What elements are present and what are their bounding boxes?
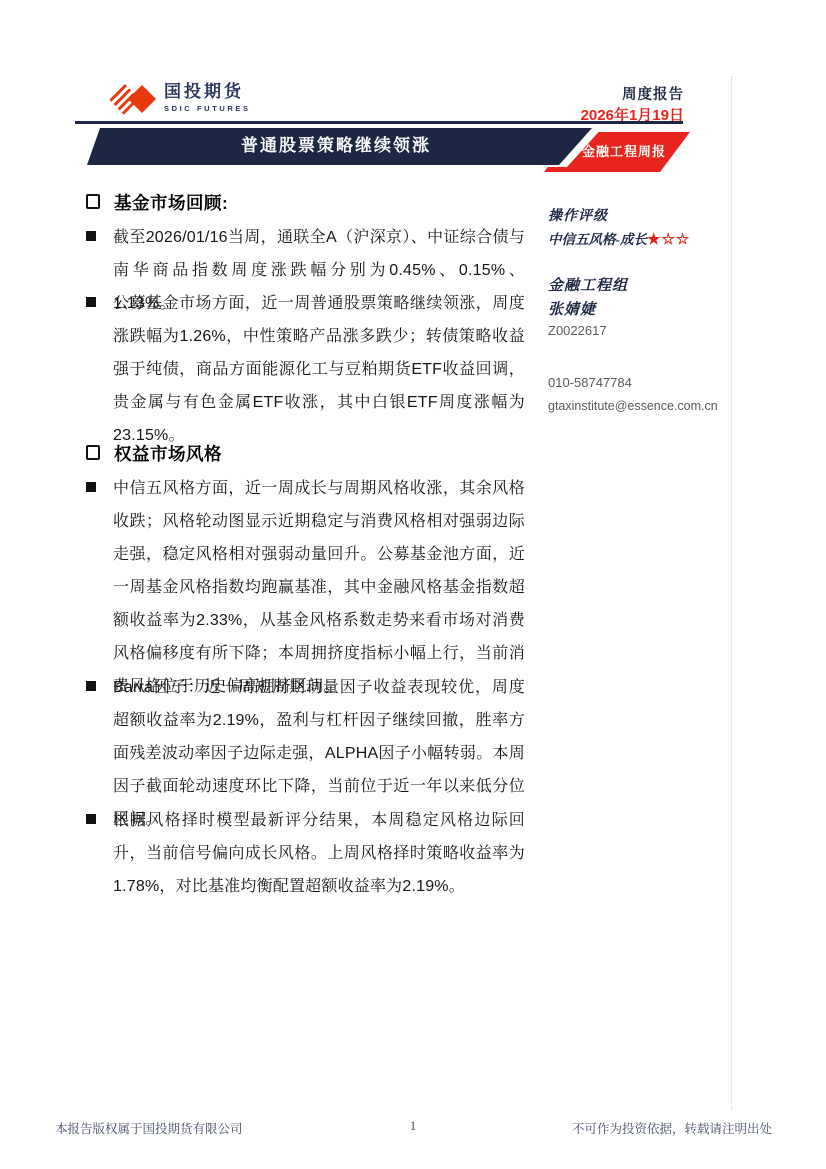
square-bullet-icon (86, 231, 96, 241)
hollow-square-bullet-icon (86, 445, 100, 460)
sidebar-dotted-divider (731, 76, 732, 1110)
rating-stars-icon: ★☆☆ (647, 232, 690, 248)
company-logo: 国投期货 SDIC FUTURES (110, 82, 251, 116)
bullet-item: 公募基金市场方面，近一周普通股票策略继续领涨，周度涨跌幅为1.26%，中性策略产… (85, 287, 525, 452)
contact-phone: 010-58747784 (548, 375, 632, 390)
square-bullet-icon (86, 297, 96, 307)
analyst-id: Z0022617 (548, 323, 607, 338)
bullet-item: 中信五风格方面，近一周成长与周期风格收涨，其余风格收跌；风格轮动图显示近期稳定与… (85, 472, 525, 703)
page-title: 普通股票策略继续领涨 (80, 128, 592, 164)
square-bullet-icon (86, 681, 96, 691)
section-heading-equity-style: 权益市场风格 (85, 441, 525, 466)
bullet-text: 公募基金市场方面，近一周普通股票策略继续领涨，周度涨跌幅为1.26%，中性策略产… (113, 287, 525, 452)
team-name: 金融工程组 (548, 274, 628, 295)
logo-name-en: SDIC FUTURES (164, 104, 251, 113)
section-heading-text: 权益市场风格 (114, 441, 525, 466)
bullet-text: 中信五风格方面，近一周成长与周期风格收涨，其余风格收跌；风格轮动图显示近期稳定与… (113, 472, 525, 703)
bullet-item: 根据风格择时模型最新评分结果，本周稳定风格边际回升，当前信号偏向成长风格。上周风… (85, 804, 525, 903)
analyst-name: 张婧婕 (548, 298, 596, 319)
sdic-diamond-icon (110, 82, 156, 116)
rating-label: 操作评级 (548, 205, 608, 225)
section-heading-fund-market: 基金市场回顾: (85, 190, 525, 215)
footer-disclaimer: 不可作为投资依据，转载请注明出处 (572, 1119, 772, 1137)
title-banner: 普通股票策略继续领涨 (80, 128, 592, 165)
report-page: 国投期货 SDIC FUTURES 周度报告 2026年1月19日 金融工程周报… (0, 0, 826, 1169)
logo-text: 国投期货 SDIC FUTURES (164, 82, 251, 113)
logo-name-cn: 国投期货 (164, 82, 251, 102)
section-heading-text: 基金市场回顾: (114, 190, 525, 215)
report-type-label: 周度报告 (500, 83, 684, 104)
rating-line: 中信五风格-成长★☆☆ (548, 228, 690, 249)
hollow-square-bullet-icon (86, 194, 100, 209)
bullet-text: 根据风格择时模型最新评分结果，本周稳定风格边际回升，当前信号偏向成长风格。上周风… (113, 804, 525, 903)
contact-email: gtaxinstitute@essence.com.cn (548, 399, 718, 413)
square-bullet-icon (86, 482, 96, 492)
header-divider (75, 121, 683, 124)
rating-item: 中信五风格-成长 (548, 232, 647, 247)
square-bullet-icon (86, 814, 96, 824)
